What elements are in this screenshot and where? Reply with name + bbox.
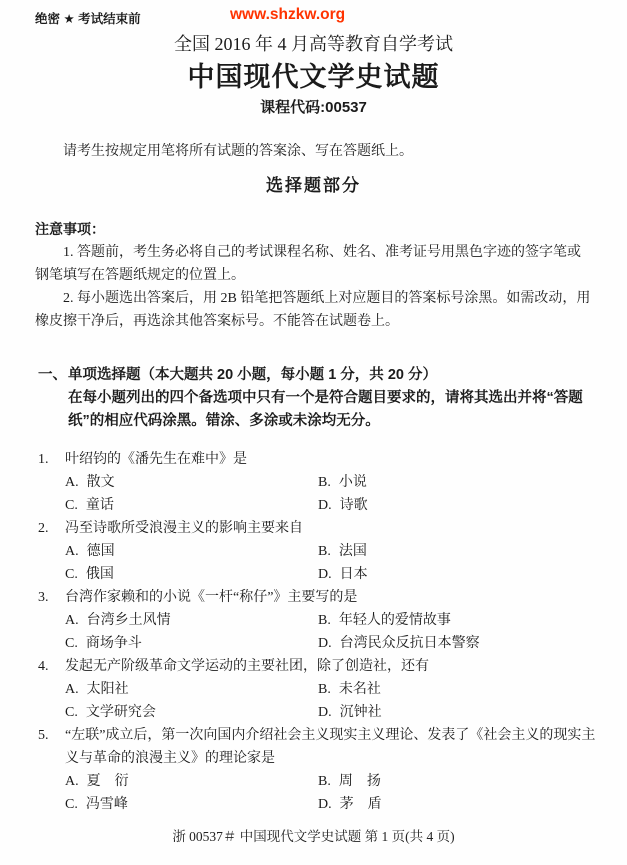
option-text: 周 扬 — [339, 770, 381, 793]
option-label: B. — [318, 471, 331, 494]
option-label: C. — [65, 793, 78, 816]
option-text: 商场争斗 — [86, 632, 142, 655]
option-row: A.太阳社 B.未名社 — [65, 678, 597, 701]
option-label: D. — [318, 563, 332, 586]
exam-paper-page: 绝密 ★ 考试结束前 www.shzkw.org 全国 2016 年 4 月高等… — [0, 0, 627, 865]
option-label: B. — [318, 609, 331, 632]
option-d: D.诗歌 — [318, 494, 571, 517]
option-row: C.冯雪峰 D.茅 盾 — [65, 793, 597, 816]
option-c: C.商场争斗 — [65, 632, 318, 655]
option-c: C.俄国 — [65, 563, 318, 586]
question-line: 2. 冯至诗歌所受浪漫主义的影响主要来自 — [38, 517, 597, 540]
option-text: 夏 衍 — [87, 770, 129, 793]
answer-sheet-instruction: 请考生按规定用笔将所有试题的答案涂、写在答题纸上。 — [35, 142, 592, 162]
question-number: 2. — [38, 517, 65, 540]
option-text: 台湾民众反抗日本警察 — [340, 632, 480, 655]
question-line: 1. 叶绍钧的《潘先生在难中》是 — [38, 448, 597, 471]
options: A.台湾乡土风情 B.年轻人的爱情故事 C.商场争斗 D.台湾民众反抗日本警察 — [38, 609, 597, 655]
part-one-heading: 一、 单项选择题（本大题共 20 小题，每小题 1 分，共 20 分） — [38, 364, 592, 387]
option-b: B.未名社 — [318, 678, 571, 701]
option-row: A.夏 衍 B.周 扬 — [65, 770, 597, 793]
question-text: 发起无产阶级革命文学运动的主要社团，除了创造社，还有 — [65, 655, 597, 678]
option-text: 文学研究会 — [86, 701, 156, 724]
option-label: A. — [65, 770, 79, 793]
course-code: 课程代码:00537 — [0, 98, 627, 118]
question-block-3: 3. 台湾作家赖和的小说《一杆“称仔”》主要写的是 A.台湾乡土风情 B.年轻人… — [38, 586, 597, 655]
note-item-2: 2. 每小题选出答案后，用 2B 铅笔把答题纸上对应题目的答案标号涂黑。如需改动… — [35, 287, 592, 333]
option-text: 台湾乡土风情 — [87, 609, 171, 632]
question-number: 1. — [38, 448, 65, 471]
question-block-2: 2. 冯至诗歌所受浪漫主义的影响主要来自 A.德国 B.法国 C.俄国 D.日本 — [38, 517, 597, 586]
notes-heading: 注意事项： — [35, 218, 592, 241]
option-c: C.童话 — [65, 494, 318, 517]
option-label: D. — [318, 793, 332, 816]
option-text: 太阳社 — [87, 678, 129, 701]
section-title: 选择题部分 — [0, 174, 627, 198]
option-row: C.童话 D.诗歌 — [65, 494, 597, 517]
option-label: C. — [65, 701, 78, 724]
option-label: B. — [318, 770, 331, 793]
option-row: A.德国 B.法国 — [65, 540, 597, 563]
option-a: A.台湾乡土风情 — [65, 609, 318, 632]
question-text: 叶绍钧的《潘先生在难中》是 — [65, 448, 597, 471]
option-b: B.周 扬 — [318, 770, 571, 793]
option-label: D. — [318, 632, 332, 655]
part-one-block: 一、 单项选择题（本大题共 20 小题，每小题 1 分，共 20 分） 在每小题… — [38, 364, 592, 433]
question-line: 5. “左联”成立后，第一次向国内介绍社会主义现实主义理论、发表了《社会主义的现… — [38, 724, 597, 770]
option-text: 德国 — [87, 540, 115, 563]
top-bar: 绝密 ★ 考试结束前 www.shzkw.org — [0, 0, 627, 28]
option-text: 茅 盾 — [340, 793, 382, 816]
paper-title: 中国现代文学史试题 — [0, 59, 627, 95]
exam-session-title: 全国 2016 年 4 月高等教育自学考试 — [0, 32, 627, 56]
option-d: D.沉钟社 — [318, 701, 571, 724]
option-label: C. — [65, 632, 78, 655]
part-one-instructions: 在每小题列出的四个备选项中只有一个是符合题目要求的，请将其选出并将“答题纸”的相… — [68, 387, 592, 433]
option-row: A.台湾乡土风情 B.年轻人的爱情故事 — [65, 609, 597, 632]
question-list: 1. 叶绍钧的《潘先生在难中》是 A.散文 B.小说 C.童话 D.诗歌 2. … — [38, 448, 597, 816]
option-d: D.台湾民众反抗日本警察 — [318, 632, 571, 655]
option-text: 年轻人的爱情故事 — [339, 609, 451, 632]
question-block-4: 4. 发起无产阶级革命文学运动的主要社团，除了创造社，还有 A.太阳社 B.未名… — [38, 655, 597, 724]
part-one-prefix: 一、 — [38, 364, 68, 387]
secrecy-label: 绝密 ★ 考试结束前 — [35, 9, 141, 27]
question-block-1: 1. 叶绍钧的《潘先生在难中》是 A.散文 B.小说 C.童话 D.诗歌 — [38, 448, 597, 517]
option-label: A. — [65, 540, 79, 563]
options: A.德国 B.法国 C.俄国 D.日本 — [38, 540, 597, 586]
page-footer: 浙 00537＃ 中国现代文学史试题 第 1 页(共 4 页) — [0, 825, 627, 845]
option-text: 童话 — [86, 494, 114, 517]
option-label: C. — [65, 494, 78, 517]
option-label: B. — [318, 678, 331, 701]
option-a: A.夏 衍 — [65, 770, 318, 793]
option-label: D. — [318, 701, 332, 724]
notes-block: 注意事项： 1. 答题前，考生务必将自己的考试课程名称、姓名、准考证号用黑色字迹… — [35, 218, 592, 333]
question-text: “左联”成立后，第一次向国内介绍社会主义现实主义理论、发表了《社会主义的现实主义… — [65, 724, 597, 770]
watermark-site-url: www.shzkw.org — [230, 6, 345, 24]
options: A.散文 B.小说 C.童话 D.诗歌 — [38, 471, 597, 517]
option-c: C.文学研究会 — [65, 701, 318, 724]
question-number: 3. — [38, 586, 65, 609]
option-b: B.法国 — [318, 540, 571, 563]
option-text: 诗歌 — [340, 494, 368, 517]
question-line: 4. 发起无产阶级革命文学运动的主要社团，除了创造社，还有 — [38, 655, 597, 678]
option-text: 未名社 — [339, 678, 381, 701]
option-row: C.文学研究会 D.沉钟社 — [65, 701, 597, 724]
option-text: 冯雪峰 — [86, 793, 128, 816]
part-one-heading-text: 单项选择题（本大题共 20 小题，每小题 1 分，共 20 分） — [68, 364, 437, 387]
option-row: C.商场争斗 D.台湾民众反抗日本警察 — [65, 632, 597, 655]
option-row: A.散文 B.小说 — [65, 471, 597, 494]
question-block-5: 5. “左联”成立后，第一次向国内介绍社会主义现实主义理论、发表了《社会主义的现… — [38, 724, 597, 816]
question-number: 5. — [38, 724, 65, 770]
option-label: A. — [65, 471, 79, 494]
options: A.夏 衍 B.周 扬 C.冯雪峰 D.茅 盾 — [38, 770, 597, 816]
option-label: B. — [318, 540, 331, 563]
option-c: C.冯雪峰 — [65, 793, 318, 816]
option-d: D.日本 — [318, 563, 571, 586]
option-a: A.散文 — [65, 471, 318, 494]
option-text: 日本 — [340, 563, 368, 586]
option-text: 俄国 — [86, 563, 114, 586]
option-label: C. — [65, 563, 78, 586]
option-label: A. — [65, 609, 79, 632]
note-item-1: 1. 答题前，考生务必将自己的考试课程名称、姓名、准考证号用黑色字迹的签字笔或钢… — [35, 241, 592, 287]
question-line: 3. 台湾作家赖和的小说《一杆“称仔”》主要写的是 — [38, 586, 597, 609]
question-number: 4. — [38, 655, 65, 678]
option-label: D. — [318, 494, 332, 517]
question-text: 冯至诗歌所受浪漫主义的影响主要来自 — [65, 517, 597, 540]
option-row: C.俄国 D.日本 — [65, 563, 597, 586]
option-b: B.年轻人的爱情故事 — [318, 609, 571, 632]
option-a: A.太阳社 — [65, 678, 318, 701]
option-text: 小说 — [339, 471, 367, 494]
option-label: A. — [65, 678, 79, 701]
option-text: 散文 — [87, 471, 115, 494]
option-text: 法国 — [339, 540, 367, 563]
option-d: D.茅 盾 — [318, 793, 571, 816]
option-text: 沉钟社 — [340, 701, 382, 724]
option-a: A.德国 — [65, 540, 318, 563]
options: A.太阳社 B.未名社 C.文学研究会 D.沉钟社 — [38, 678, 597, 724]
question-text: 台湾作家赖和的小说《一杆“称仔”》主要写的是 — [65, 586, 597, 609]
option-b: B.小说 — [318, 471, 571, 494]
